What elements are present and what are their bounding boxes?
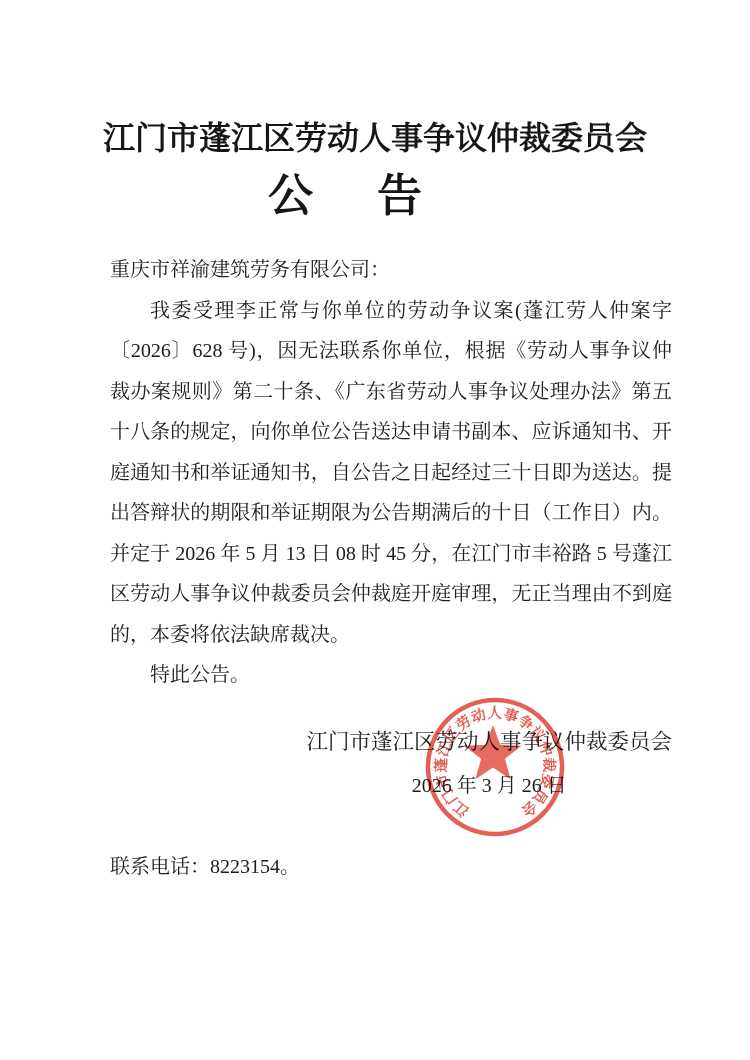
body-line: 我委受理李正常与你单位的劳动争议案(蓬江劳人仲案字 <box>110 291 672 332</box>
body-line: 并定于 2026 年 5 月 13 日 08 时 45 分，在江门市丰裕路 5 … <box>110 534 672 575</box>
signature-block: 江门市蓬江区劳动人事争议仲裁委员会 2026 年 3 月 26 日 <box>0 729 672 798</box>
org-title: 江门市蓬江区劳动人事争议仲裁委员会 <box>0 0 750 157</box>
recipient-line: 重庆市祥渝建筑劳务有限公司： <box>110 250 672 291</box>
seal-star-icon <box>465 725 522 779</box>
notice-heading: 公 告 <box>0 170 720 222</box>
body-line: 裁办案规则》第二十条、《广东省劳动人事争议处理办法》第五 <box>110 372 672 413</box>
body-line: 的，本委将依法缺席裁决。 <box>110 615 672 656</box>
notice-char: 告 <box>377 170 422 222</box>
official-seal: 江门市蓬江区劳动人事争议仲裁委员会 <box>420 692 570 842</box>
body-line: 十八条的规定，向你单位公告送达申请书副本、应诉通知书、开 <box>110 412 672 453</box>
body-paragraphs: 我委受理李正常与你单位的劳动争议案(蓬江劳人仲案字〔2026〕628 号)，因无… <box>110 291 672 696</box>
body-line: 庭通知书和举证通知书，自公告之日起经过三十日即为送达。提 <box>110 453 672 494</box>
notice-body: 重庆市祥渝建筑劳务有限公司： 我委受理李正常与你单位的劳动争议案(蓬江劳人仲案字… <box>110 250 672 696</box>
notice-document: 江门市蓬江区劳动人事争议仲裁委员会 公 告 重庆市祥渝建筑劳务有限公司： 我委受… <box>0 0 750 1060</box>
notice-char: 公 <box>268 170 313 222</box>
body-line: 出答辩状的期限和举证期限为公告期满后的十日（工作日）内。 <box>110 493 672 534</box>
body-line: 〔2026〕628 号)，因无法联系你单位，根据《劳动人事争议仲 <box>110 331 672 372</box>
contact-phone: 联系电话：8223154。 <box>110 854 750 880</box>
body-line: 区劳动人事争议仲裁委员会仲裁庭开庭审理，无正当理由不到庭 <box>110 574 672 615</box>
body-line: 特此公告。 <box>110 655 672 696</box>
